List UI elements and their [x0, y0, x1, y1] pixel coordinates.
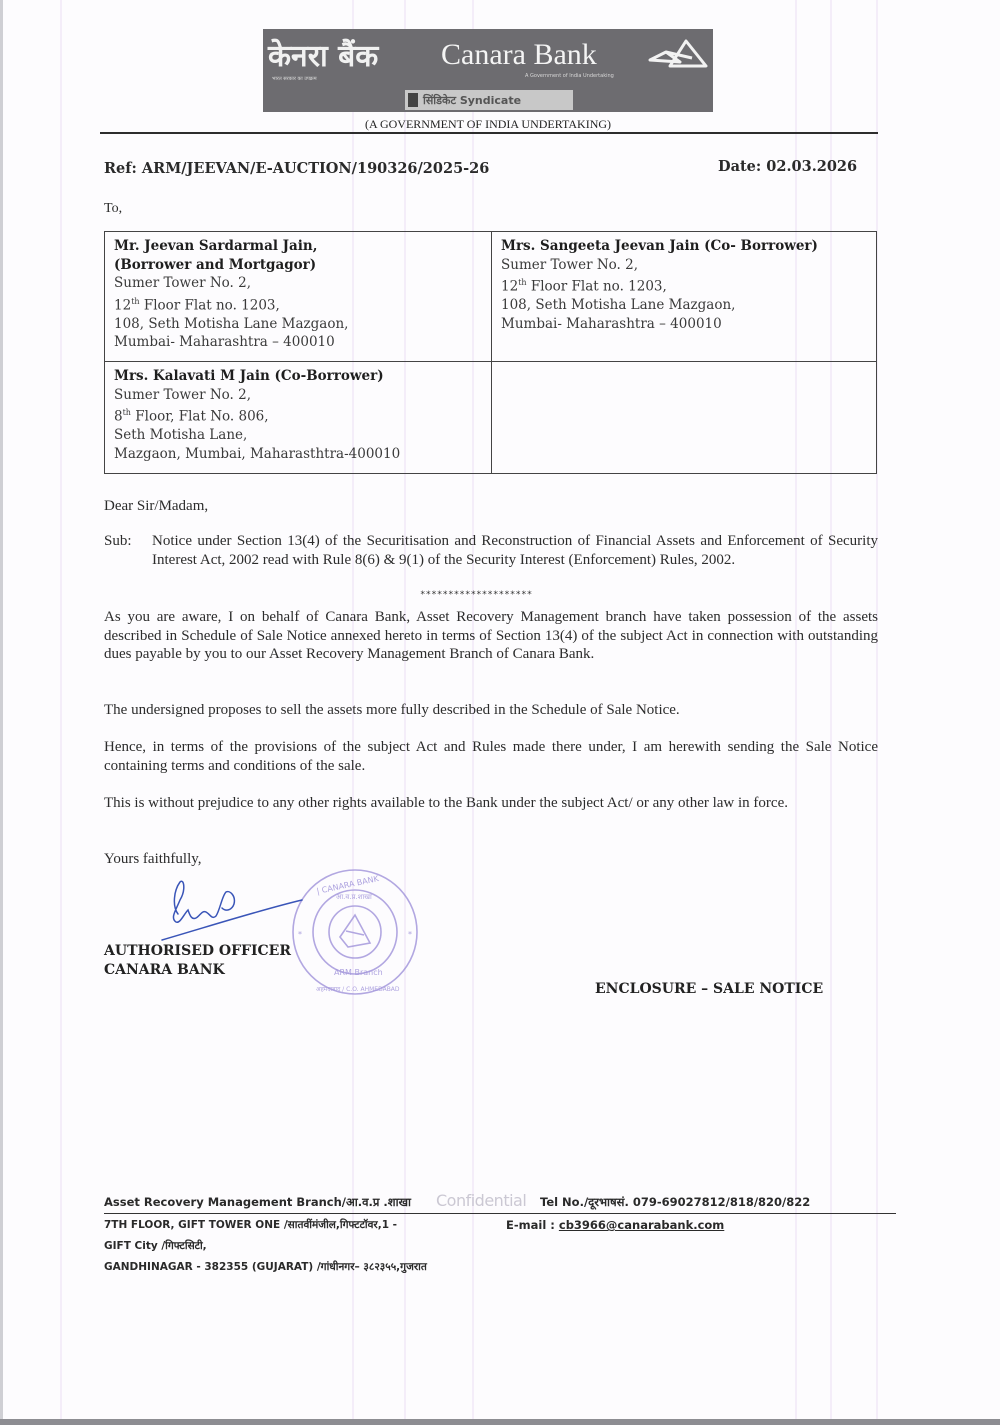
svg-text:आ.व.प्र.शाखा: आ.व.प्र.शाखा [336, 893, 372, 901]
logo-hindi-text: केनरा बैंक [268, 34, 378, 75]
reference-number: Ref: ARM/JEEVAN/E-AUCTION/190326/2025-26 [104, 160, 489, 177]
body-paragraph: As you are aware, I on behalf of Canara … [104, 608, 878, 664]
footer-address-line-1: 7TH FLOOR, GIFT TOWER ONE /सातवींमंजील,ग… [104, 1218, 397, 1232]
subject-text: Notice under Section 13(4) of the Securi… [152, 532, 878, 569]
scan-bottom-edge [0, 1419, 1000, 1425]
letter-date: Date: 02.03.2026 [718, 158, 857, 175]
to-label: To, [104, 201, 122, 217]
scan-artifact [60, 0, 62, 1419]
addressee-name: Mr. Jeevan Sardarmal Jain, [114, 237, 482, 256]
footer-branch-name: Asset Recovery Management Branch/आ.व.प्र… [104, 1195, 411, 1210]
email-link[interactable]: cb3966@canarabank.com [559, 1218, 724, 1232]
addressee-cell: Mrs. Kalavati M Jain (Co-Borrower)Sumer … [105, 362, 492, 473]
logo-english-text: Canara Bank [441, 38, 597, 72]
syndicate-label: सिंडिकेट Syndicate [423, 93, 521, 108]
addressee-cell-empty [492, 362, 876, 473]
body-paragraph: This is without prejudice to any other r… [104, 794, 878, 813]
svg-text:*: * [408, 930, 412, 939]
addressee-address-line: 108, Seth Motisha Lane Mazgaon, [114, 315, 482, 334]
signatory-title: AUTHORISED OFFICER [104, 942, 291, 961]
separator-stars: ******************** [420, 590, 532, 600]
addressee-cell: Mr. Jeevan Sardarmal Jain,(Borrower and … [105, 232, 492, 362]
syndicate-logo-icon [408, 93, 418, 107]
addressee-table: Mr. Jeevan Sardarmal Jain,(Borrower and … [104, 231, 877, 474]
addressee-address-line: Sumer Tower No. 2, [501, 256, 867, 275]
signatory-block: AUTHORISED OFFICER CANARA BANK [104, 942, 291, 980]
subject-line: Sub: Notice under Section 13(4) of the S… [104, 532, 878, 569]
header-divider [100, 132, 878, 134]
signatory-org: CANARA BANK [104, 961, 291, 980]
addressee-name: (Borrower and Mortgagor) [114, 256, 482, 275]
footer-telephone: Tel No./दूरभाषसं. 079-69027812/818/820/8… [540, 1195, 810, 1210]
addressee-address-line: 12th Floor Flat no. 1203, [114, 293, 482, 315]
govt-undertaking-line: (A GOVERNMENT OF INDIA UNDERTAKING) [263, 117, 713, 132]
addressee-address-line: Mumbai- Maharashtra – 400010 [501, 315, 867, 334]
canara-bank-emblem-icon [648, 38, 708, 70]
body-paragraph: Hence, in terms of the provisions of the… [104, 738, 878, 775]
enclosure-label: ENCLOSURE – SALE NOTICE [595, 981, 823, 997]
logo-hindi-tagline: भारत सरकार का उपक्रम [272, 76, 317, 82]
scan-left-edge [0, 0, 3, 1425]
confidential-watermark: Confidential [436, 1191, 526, 1210]
addressee-address-line: Sumer Tower No. 2, [114, 274, 482, 293]
footer-address-line-3: GANDHINAGAR - 382355 (GUJARAT) /गांधीनगर… [104, 1260, 427, 1274]
addressee-address-line: Sumer Tower No. 2, [114, 386, 482, 405]
addressee-address-line: Seth Motisha Lane, [114, 426, 482, 445]
footer-address-line-2: GIFT City /गिफ्टसिटी, [104, 1239, 207, 1253]
closing-line: Yours faithfully, [104, 850, 878, 869]
addressee-address-line: 12th Floor Flat no. 1203, [501, 274, 867, 296]
addressee-name: Mrs. Kalavati M Jain (Co-Borrower) [114, 367, 482, 386]
footer-divider [104, 1213, 896, 1214]
svg-text:अहमदाबाद / C.O. AHMEDABAD: अहमदाबाद / C.O. AHMEDABAD [316, 986, 400, 993]
email-label: E-mail : [506, 1218, 559, 1232]
subject-label: Sub: [104, 532, 152, 569]
addressee-address-line: 108, Seth Motisha Lane Mazgaon, [501, 296, 867, 315]
salutation: Dear Sir/Madam, [104, 497, 878, 516]
footer-email: E-mail : cb3966@canarabank.com [506, 1218, 724, 1232]
addressee-name: Mrs. Sangeeta Jeevan Jain (Co- Borrower) [501, 237, 867, 256]
addressee-address-line: Mazgaon, Mumbai, Maharasthtra-400010 [114, 445, 482, 464]
addressee-cell: Mrs. Sangeeta Jeevan Jain (Co- Borrower)… [492, 232, 876, 362]
syndicate-badge: सिंडिकेट Syndicate [405, 90, 573, 110]
signature-icon [150, 870, 310, 950]
logo-english-tagline: A Government of India Undertaking [525, 73, 614, 79]
addressee-address-line: 8th Floor, Flat No. 806, [114, 404, 482, 426]
body-paragraph: The undersigned proposes to sell the ass… [104, 701, 878, 720]
svg-text:ARM Branch: ARM Branch [334, 968, 383, 977]
addressee-address-line: Mumbai- Maharashtra – 400010 [114, 333, 482, 352]
